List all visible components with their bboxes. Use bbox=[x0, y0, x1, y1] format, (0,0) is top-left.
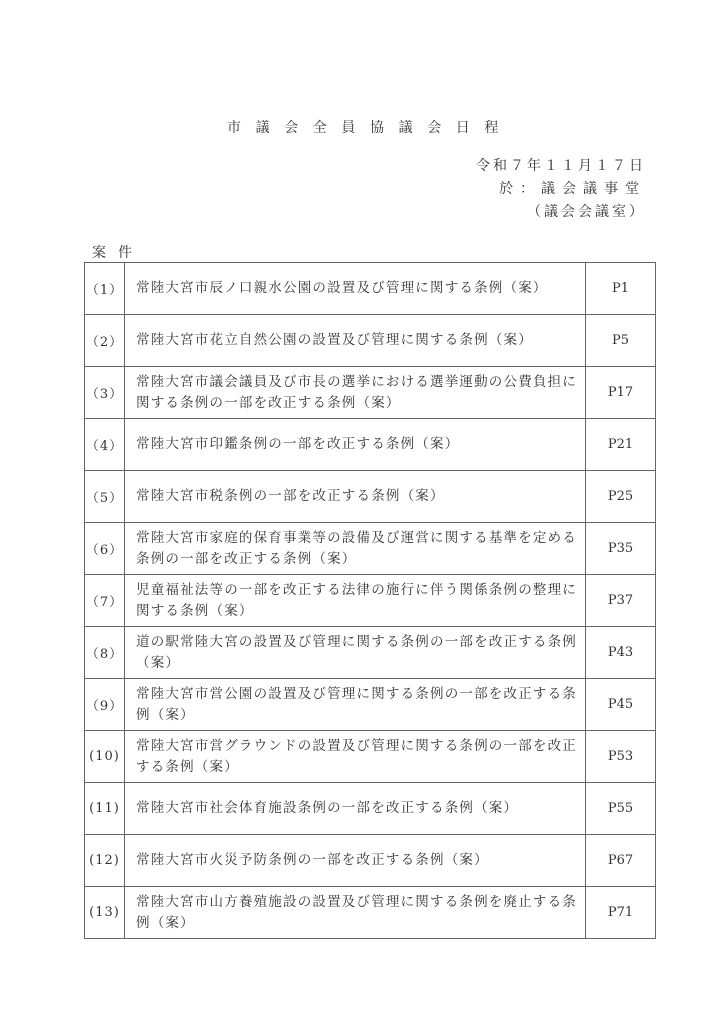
item-title: 常陸大宮市税条例の一部を改正する条例（案） bbox=[125, 471, 586, 523]
item-number: (11) bbox=[85, 783, 125, 835]
item-page: P67 bbox=[586, 835, 656, 887]
meeting-room: （議会会議室） bbox=[527, 201, 646, 221]
item-title: 常陸大宮市印鑑条例の一部を改正する条例（案） bbox=[125, 419, 586, 471]
table-row: （6）常陸大宮市家庭的保育事業等の設備及び運営に関する基準を定める条例の一部を改… bbox=[85, 523, 656, 575]
table-row: (10)常陸大宮市営グラウンドの設置及び管理に関する条例の一部を改正する条例（案… bbox=[85, 731, 656, 783]
item-number: （6） bbox=[85, 523, 125, 575]
table-row: （1）常陸大宮市辰ノ口親水公園の設置及び管理に関する条例（案）P1 bbox=[85, 263, 656, 315]
item-page: P1 bbox=[586, 263, 656, 315]
item-page: P43 bbox=[586, 627, 656, 679]
item-number: （3） bbox=[85, 367, 125, 419]
item-page: P17 bbox=[586, 367, 656, 419]
item-title: 常陸大宮市営公園の設置及び管理に関する条例の一部を改正する条例（案） bbox=[125, 679, 586, 731]
table-row: （8）道の駅常陸大宮の設置及び管理に関する条例の一部を改正する条例（案）P43 bbox=[85, 627, 656, 679]
table-row: (11)常陸大宮市社会体育施設条例の一部を改正する条例（案）P55 bbox=[85, 783, 656, 835]
item-title: 道の駅常陸大宮の設置及び管理に関する条例の一部を改正する条例（案） bbox=[125, 627, 586, 679]
section-label: 案件 bbox=[92, 242, 144, 262]
item-number: （9） bbox=[85, 679, 125, 731]
table-row: （3）常陸大宮市議会議員及び市長の選挙における選挙運動の公費負担に関する条例の一… bbox=[85, 367, 656, 419]
meeting-date: 令和７年１１月１７日 bbox=[476, 155, 646, 175]
item-number: (10) bbox=[85, 731, 125, 783]
item-page: P71 bbox=[586, 887, 656, 939]
table-row: （2）常陸大宮市花立自然公園の設置及び管理に関する条例（案）P5 bbox=[85, 315, 656, 367]
document-title: 市議会全員協議会日程 bbox=[227, 117, 513, 137]
item-number: （2） bbox=[85, 315, 125, 367]
item-title: 常陸大宮市営グラウンドの設置及び管理に関する条例の一部を改正する条例（案） bbox=[125, 731, 586, 783]
table-row: （5）常陸大宮市税条例の一部を改正する条例（案）P25 bbox=[85, 471, 656, 523]
item-page: P25 bbox=[586, 471, 656, 523]
item-page: P37 bbox=[586, 575, 656, 627]
item-number: （1） bbox=[85, 263, 125, 315]
table-row: （4）常陸大宮市印鑑条例の一部を改正する条例（案）P21 bbox=[85, 419, 656, 471]
item-number: （4） bbox=[85, 419, 125, 471]
item-page: P45 bbox=[586, 679, 656, 731]
item-number: (12) bbox=[85, 835, 125, 887]
item-title: 常陸大宮市議会議員及び市長の選挙における選挙運動の公費負担に関する条例の一部を改… bbox=[125, 367, 586, 419]
item-page: P53 bbox=[586, 731, 656, 783]
item-title: 児童福祉法等の一部を改正する法律の施行に伴う関係条例の整理に関する条例（案） bbox=[125, 575, 586, 627]
item-page: P55 bbox=[586, 783, 656, 835]
meeting-venue: 於：議会議事堂 bbox=[499, 178, 646, 198]
agenda-table: （1）常陸大宮市辰ノ口親水公園の設置及び管理に関する条例（案）P1（2）常陸大宮… bbox=[84, 262, 656, 939]
table-row: (12)常陸大宮市火災予防条例の一部を改正する条例（案）P67 bbox=[85, 835, 656, 887]
item-title: 常陸大宮市花立自然公園の設置及び管理に関する条例（案） bbox=[125, 315, 586, 367]
item-number: (13) bbox=[85, 887, 125, 939]
item-number: （7） bbox=[85, 575, 125, 627]
item-page: P35 bbox=[586, 523, 656, 575]
item-number: （5） bbox=[85, 471, 125, 523]
item-title: 常陸大宮市辰ノ口親水公園の設置及び管理に関する条例（案） bbox=[125, 263, 586, 315]
item-title: 常陸大宮市社会体育施設条例の一部を改正する条例（案） bbox=[125, 783, 586, 835]
item-title: 常陸大宮市山方養殖施設の設置及び管理に関する条例を廃止する条例（案） bbox=[125, 887, 586, 939]
item-page: P21 bbox=[586, 419, 656, 471]
table-row: (13)常陸大宮市山方養殖施設の設置及び管理に関する条例を廃止する条例（案）P7… bbox=[85, 887, 656, 939]
item-title: 常陸大宮市火災予防条例の一部を改正する条例（案） bbox=[125, 835, 586, 887]
item-page: P5 bbox=[586, 315, 656, 367]
table-row: （7）児童福祉法等の一部を改正する法律の施行に伴う関係条例の整理に関する条例（案… bbox=[85, 575, 656, 627]
table-row: （9）常陸大宮市営公園の設置及び管理に関する条例の一部を改正する条例（案）P45 bbox=[85, 679, 656, 731]
item-number: （8） bbox=[85, 627, 125, 679]
item-title: 常陸大宮市家庭的保育事業等の設備及び運営に関する基準を定める条例の一部を改正する… bbox=[125, 523, 586, 575]
